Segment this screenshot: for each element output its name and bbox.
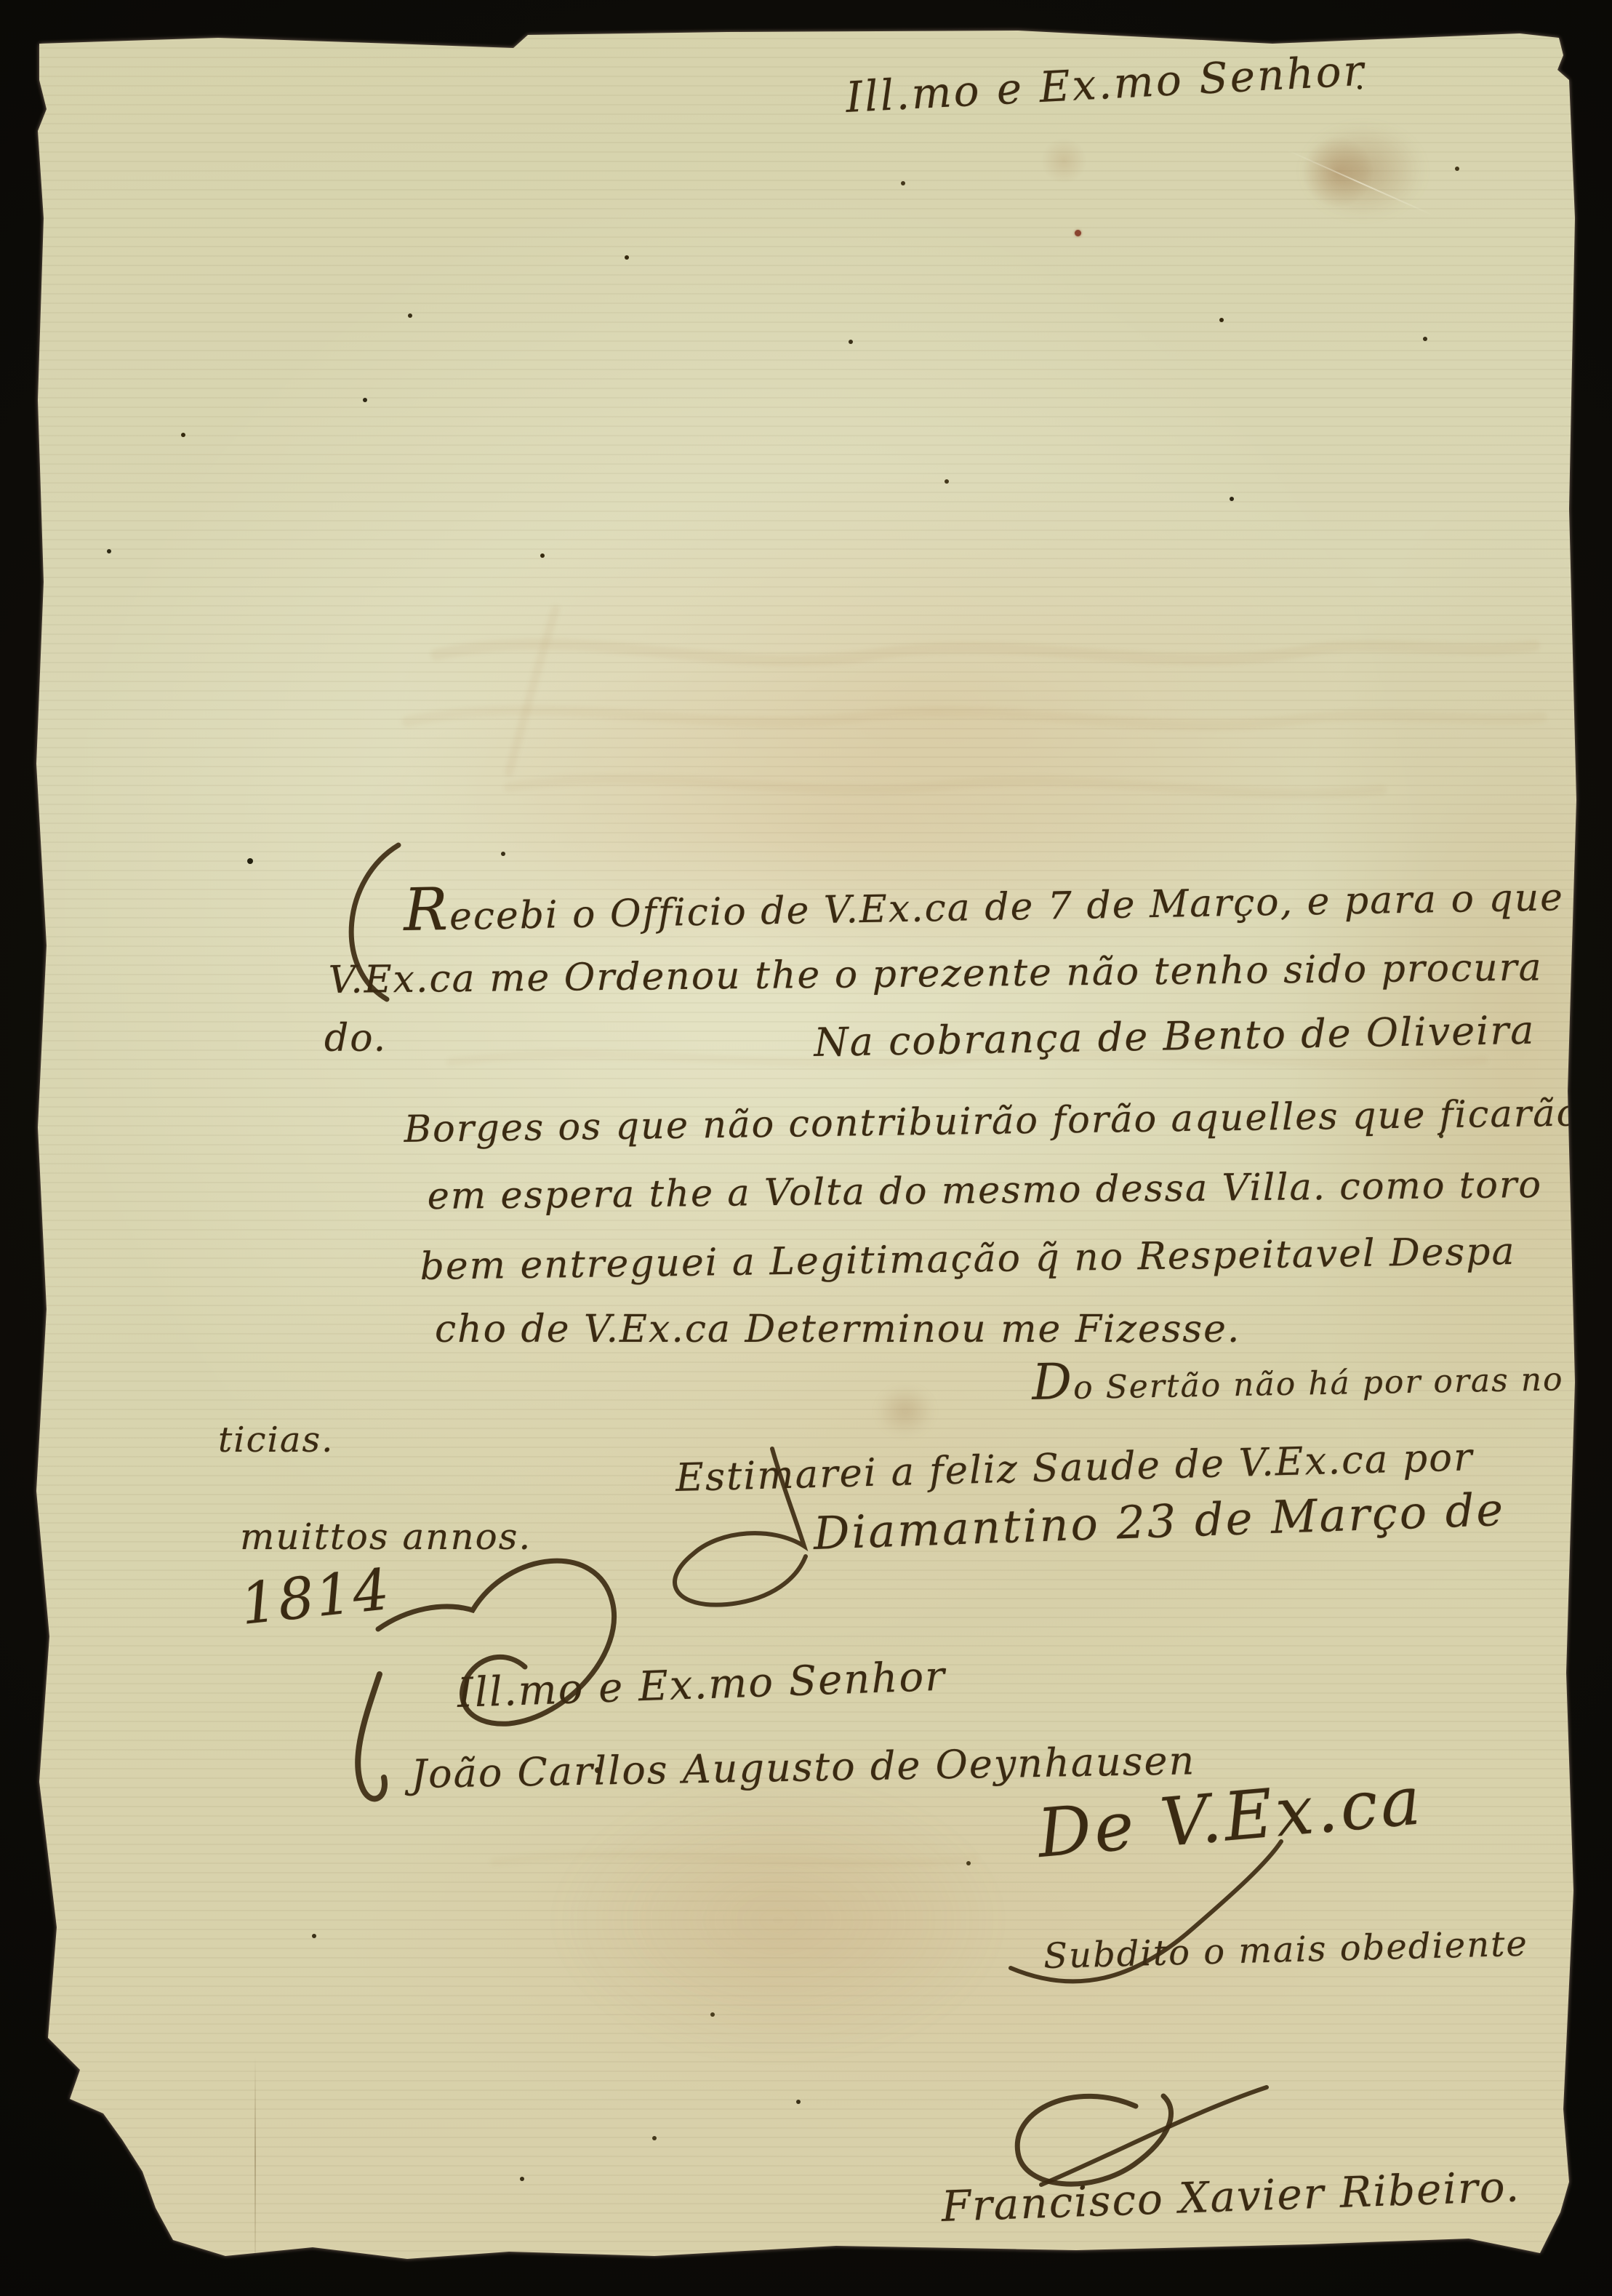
body-line-9: ticias. bbox=[218, 1420, 334, 1460]
signature-rubric bbox=[1017, 2096, 1171, 2184]
body-line-3a: do. bbox=[324, 1017, 387, 1060]
body-line-8: Do Sertão não há por oras no bbox=[1032, 1345, 1564, 1412]
signature-rubric-cross bbox=[1041, 2087, 1267, 2185]
foxing-specks bbox=[0, 0, 3, 3]
flourish-address-descender bbox=[358, 1674, 385, 1799]
body-line-11a: muittos annos. bbox=[240, 1516, 532, 1558]
photo-background: Ill.mo e Ex.mo Senhor Recebi o Officio d… bbox=[0, 0, 1612, 2296]
body-line-7: cho de V.Ex.ca Determinou me Fizesse. bbox=[435, 1308, 1240, 1351]
manuscript-paper-wrap: Ill.mo e Ex.mo Senhor Recebi o Officio d… bbox=[0, 0, 1612, 2296]
manuscript-paper: Ill.mo e Ex.mo Senhor Recebi o Officio d… bbox=[0, 0, 1612, 2296]
